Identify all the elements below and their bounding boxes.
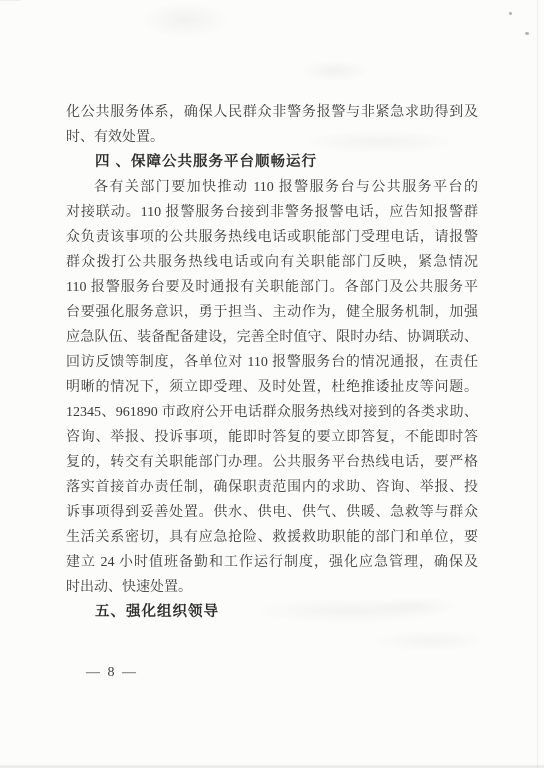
scan-edge-top (0, 0, 20, 1)
scan-artifact (300, 60, 370, 82)
text-line: 时出动、快速处置。 (66, 575, 478, 600)
text-line: 诉事项得到妥善处置。供水、供电、供气、供暖、急救等与群众 (66, 500, 478, 525)
scanned-document-page: 化公共服务体系，确保人民群众非警务报警与非紧急求助得到及时、有效处置。四 、保障… (0, 0, 544, 768)
scan-edge-right (537, 0, 538, 768)
section-heading: 四 、保障公共服务平台顺畅运行 (66, 150, 478, 175)
text-line: 众负责该事项的公共服务热线电话或职能部门受理电话，请报警 (66, 225, 478, 250)
text-line: 建立 24 小时值班备勤和工作运行制度，强化应急管理，确保及 (66, 550, 478, 575)
scan-speck (525, 32, 529, 35)
document-lines: 化公共服务体系，确保人民群众非警务报警与非紧急求助得到及时、有效处置。四 、保障… (66, 100, 478, 625)
text-line: 生活关系密切，具有应急抢险、救援救助职能的部门和单位，要 (66, 525, 478, 550)
text-line: 明晰的情况下，须立即受理、及时处置，杜绝推诿扯皮等问题。 (66, 375, 478, 400)
text-line: 台要强化服务意识，勇于担当、主动作为，健全服务机制，加强 (66, 300, 478, 325)
text-line: 12345、961890 市政府公开电话群众服务热线对接到的各类求助、 (66, 400, 478, 425)
text-line: 对接联动。110 报警服务台接到非警务报警电话，应告知报警群 (66, 200, 478, 225)
text-line: 回访反馈等制度，各单位对 110 报警服务台的情况通报，在责任 (66, 350, 478, 375)
scan-artifact (140, 2, 230, 38)
text-line: 复的，转交有关职能部门办理。公共服务平台热线电话，要严格 (66, 450, 478, 475)
text-line: 各有关部门要加快推动 110 报警服务台与公共服务平台的 (66, 175, 478, 200)
text-line: 咨询、举报、投诉事项，能即时答复的要立即答复，不能即时答 (66, 425, 478, 450)
text-line: 群众拨打公共服务热线电话或向有关职能部门反映，紧急情况 (66, 250, 478, 275)
section-heading: 五、强化组织领导 (66, 600, 478, 625)
text-line: 落实首接首办责任制，确保职责范围内的求助、咨询、举报、投 (66, 475, 478, 500)
text-line: 化公共服务体系，确保人民群众非警务报警与非紧急求助得到及 (66, 100, 478, 125)
text-line: 时、有效处置。 (66, 125, 478, 150)
text-line: 110 报警服务台要及时通报有关职能部门。各部门及公共服务平 (66, 275, 478, 300)
scan-speck (509, 12, 512, 15)
page-number: — 8 — (86, 662, 138, 684)
scan-artifact (370, 630, 490, 652)
text-line: 应急队伍、装备配备建设，完善全时值守、限时办结、协调联动、 (66, 325, 478, 350)
